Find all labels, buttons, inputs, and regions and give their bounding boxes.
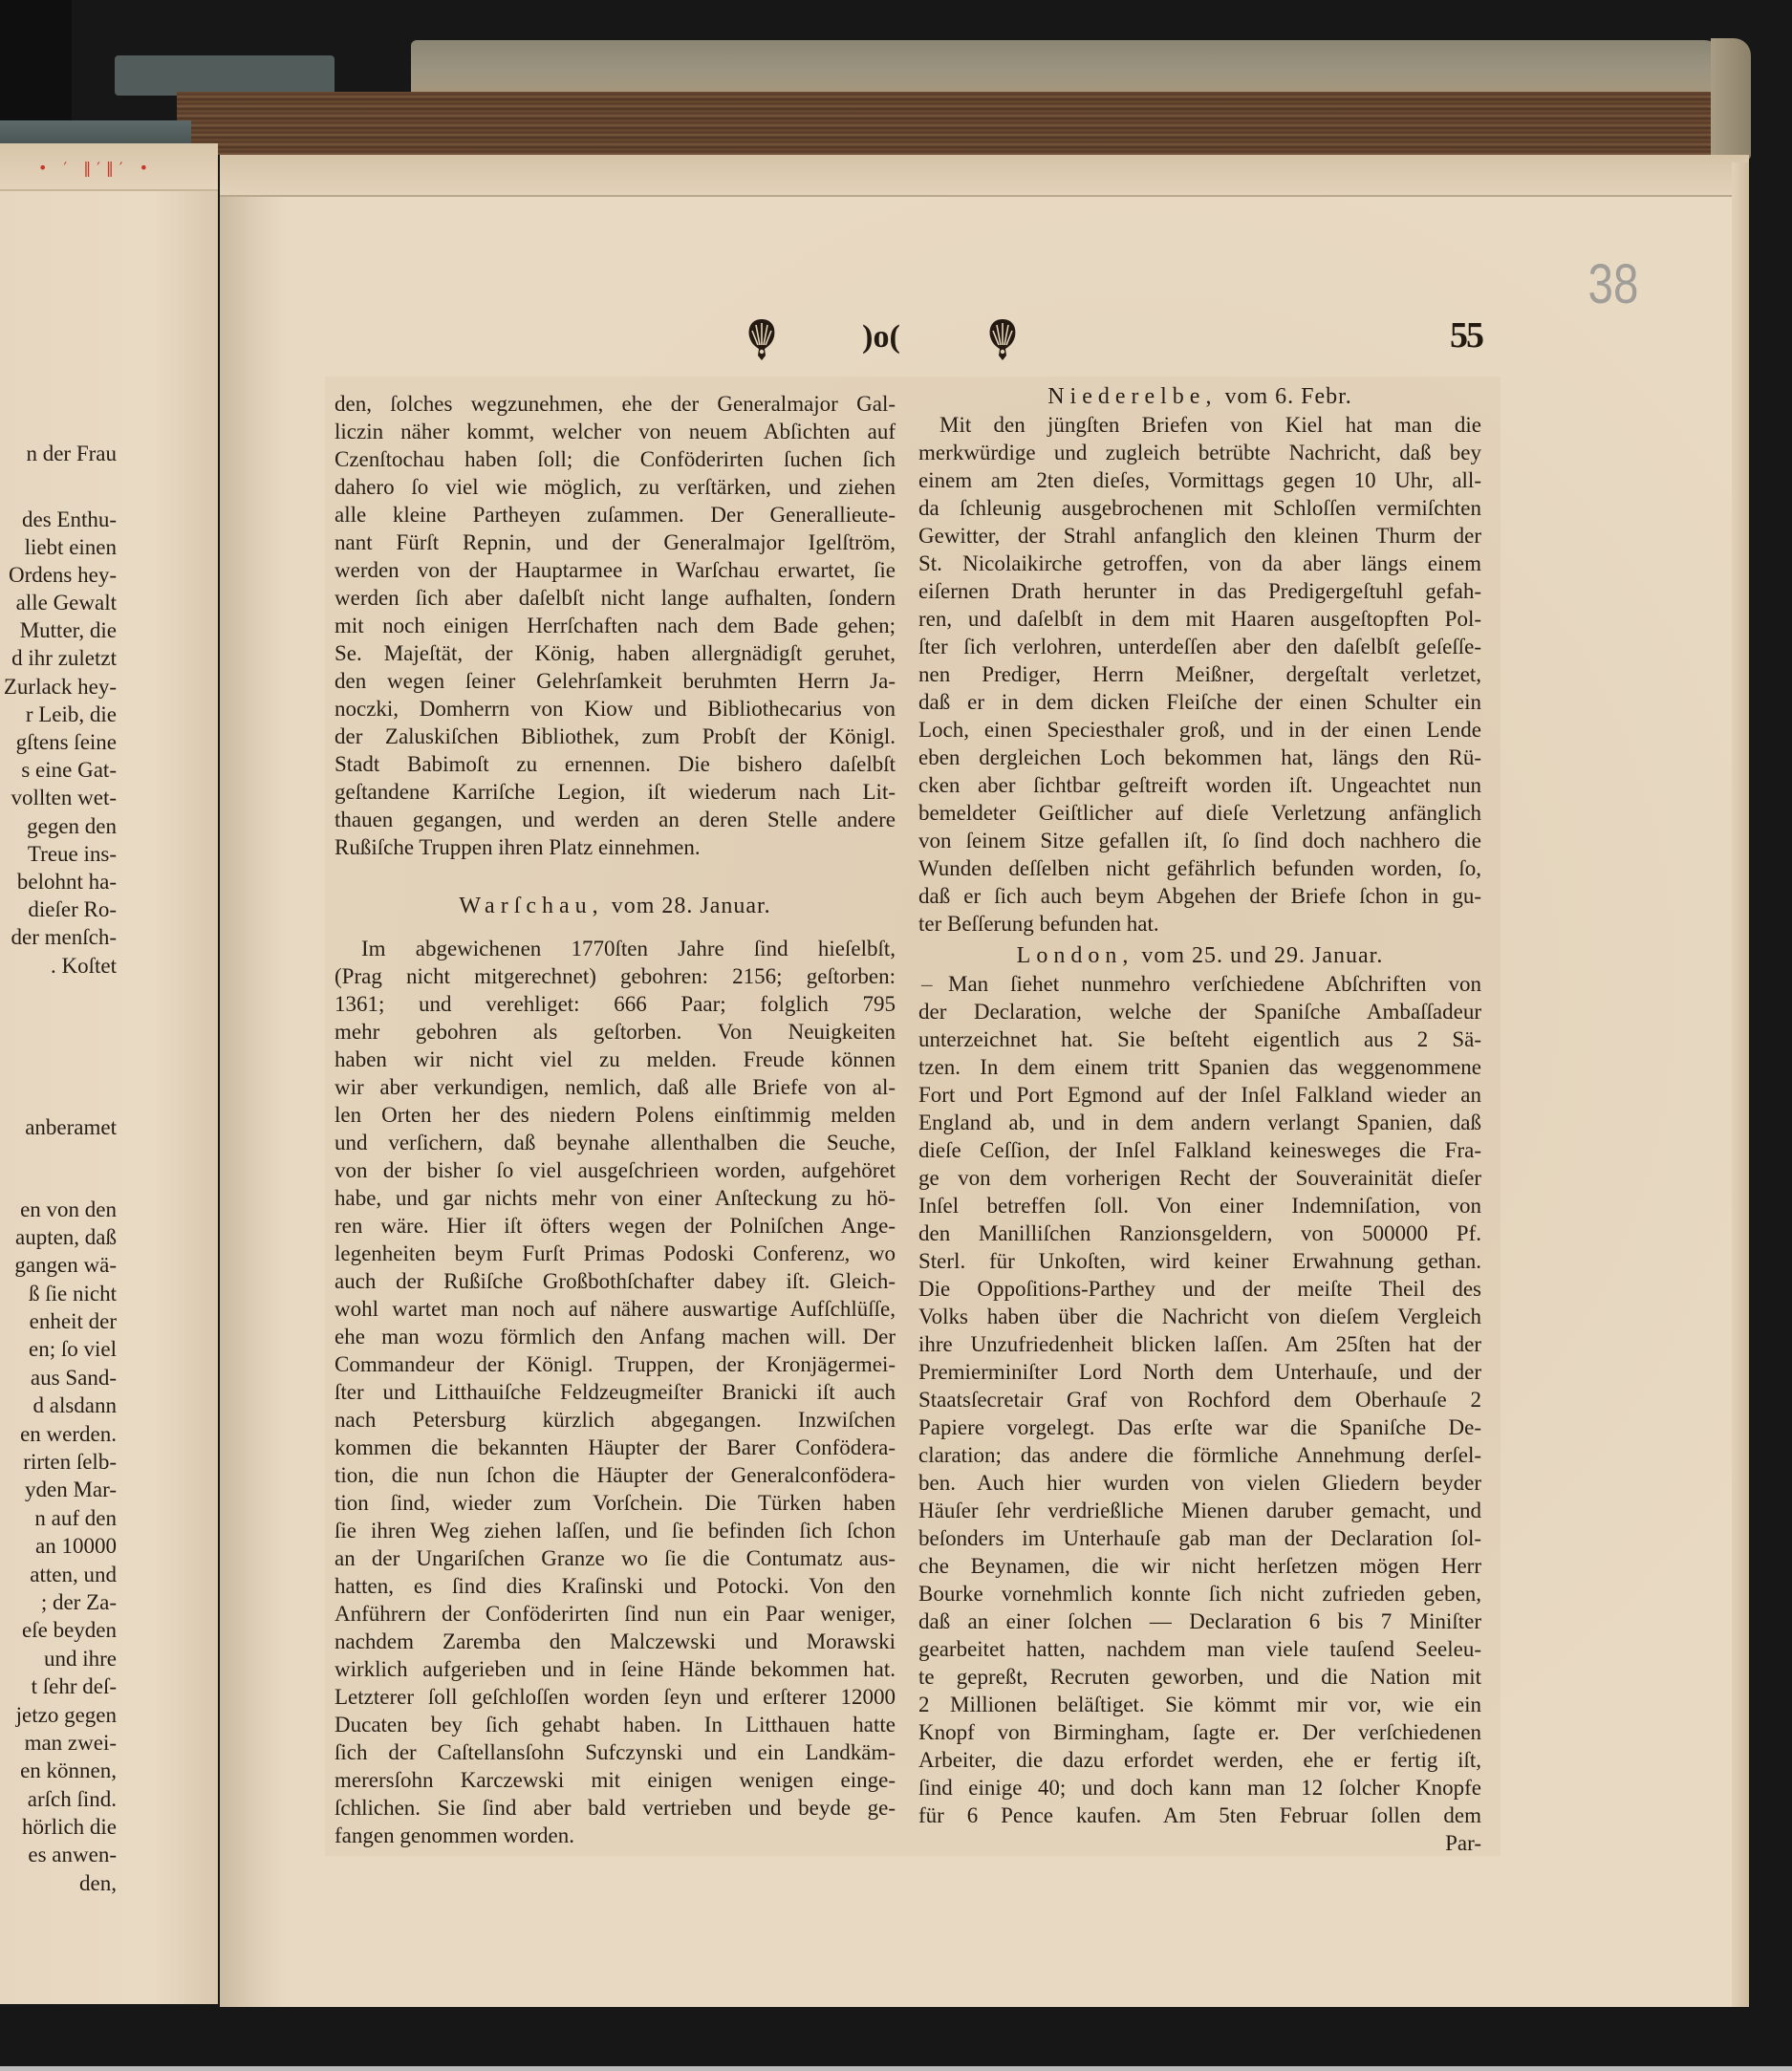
book-page-edges <box>177 92 1730 155</box>
text-line: Im abgewichenen 1770ſten Jahre ſind hieſ… <box>335 935 896 962</box>
text-line: England ab, und in dem andern verlangt S… <box>918 1109 1481 1136</box>
text-line: den, <box>0 1869 117 1897</box>
text-line: und verſichern, daß beynahe allenthalben… <box>335 1129 896 1156</box>
text-line: eſe beyden <box>0 1616 117 1644</box>
text-line: es anwen- <box>0 1841 117 1868</box>
text-line: ge von dem vorherigen Recht der Souverai… <box>918 1164 1481 1192</box>
text-line: mehr gebohren als geſtorben. Von Neuigke… <box>335 1018 896 1046</box>
text-line: wohl wartet man noch auf nähere auswarti… <box>335 1295 896 1323</box>
article-body-london: –Man ſiehet nunmehro verſchiedene Abſchr… <box>918 970 1481 1857</box>
text-line: einem am 2ten dieſes, Vormittags gegen 1… <box>918 466 1481 494</box>
heading-place: Niederelbe, <box>1047 384 1217 409</box>
text-line: thauen gegangen, und werden an deren Ste… <box>335 806 896 833</box>
text-line: tion, die nun ſchon die Häupter der Gene… <box>335 1461 896 1489</box>
text-line: daß er ſich auch beym Abgehen der Briefe… <box>918 882 1481 910</box>
text-line: wir aber verkundigen, nemlich, daß alle … <box>335 1073 896 1101</box>
text-line: dieſe Ceſſion, der Inſel Falkland keines… <box>918 1136 1481 1164</box>
article-body-warschau: Im abgewichenen 1770ſten Jahre ſind hieſ… <box>335 935 896 1849</box>
text-line: en können, <box>0 1757 117 1784</box>
text-line: 1361; und verehliget: 666 Paar; folglich… <box>335 990 896 1018</box>
text-line: daß er in dem dicken Fleiſche der einen … <box>918 688 1481 716</box>
text-line: Ducaten bey ſich gehabt haben. In Littha… <box>335 1711 896 1738</box>
text-line: und ihre <box>0 1645 117 1672</box>
text-line: Häuſer ſehr verdrießliche Mienen daruber… <box>918 1497 1481 1524</box>
text-line: merkwürdige und zugleich betrübte Nachri… <box>918 439 1481 466</box>
text-line: r Leib, die <box>0 701 117 728</box>
text-line: Premierminiſter Lord North dem Unterhauſ… <box>918 1358 1481 1386</box>
heading-date: vom 28. Januar. <box>612 894 771 918</box>
text-line: hörlich die <box>0 1813 117 1841</box>
text-line: ren, und daſelbſt in dem mit Haaren ausg… <box>918 605 1481 633</box>
text-line: en von den <box>0 1196 117 1223</box>
text-line: nach Petersburg kürzlich abgegangen. Inz… <box>335 1406 896 1434</box>
shell-ornament-icon <box>987 317 1018 361</box>
text-line: ſter und Litthauiſche Feldzeugmeiſter Br… <box>335 1378 896 1406</box>
text-line: gearbeitet hatten, nachdem man viele tau… <box>918 1635 1481 1663</box>
text-line: arſch ſind. <box>0 1785 117 1813</box>
text-line: der Zaluskiſchen Bibliothek, zum Probſt … <box>335 723 896 750</box>
text-line: ſich der Caſtellansſohn Sufczynski und e… <box>335 1738 896 1766</box>
article-heading-warschau: Warſchau,vom 28. Januar. <box>335 893 896 920</box>
text-line: s eine Gat- <box>0 756 117 784</box>
scanned-book-spread: • ′ ‖′‖′ • n der Frau des Enthu- liebt e… <box>0 0 1792 2071</box>
text-line: cken aber ſichtbar geſtreift worden iſt.… <box>918 771 1481 799</box>
text-line: nant Fürſt Repnin, und der Generalmajor … <box>335 529 896 556</box>
text-line: enheit der <box>0 1307 117 1335</box>
text-line: ehe man wozu förmlich den Anfang machen … <box>335 1323 896 1350</box>
text-line: gangen wä- <box>0 1251 117 1279</box>
text-line: Czenſtochau haben ſoll; die Conföderirte… <box>335 445 896 473</box>
right-text-column: Niederelbe,vom 6. Febr. Mit den jüngſten… <box>918 383 1481 1857</box>
text-line: den Manilliſchen Ranzionsgeldern, von 50… <box>918 1219 1481 1247</box>
text-line: Zurlack hey- <box>0 673 117 701</box>
text-line: Anführern der Conföderirten ſind nun ein… <box>335 1600 896 1628</box>
text-line: Commandeur der Königl. Truppen, der Kron… <box>335 1350 896 1378</box>
shell-ornament-icon <box>746 317 777 361</box>
text-line: Se. Majeſtät, der König, haben allergnäd… <box>335 639 896 667</box>
text-line: Mit den jüngſten Briefen von Kiel hat ma… <box>918 411 1481 439</box>
text-line: auch der Rußiſche Großbothſchafter dabey… <box>335 1267 896 1295</box>
text-line: len Orten her des niedern Polens einſtim… <box>335 1101 896 1129</box>
text-line: che Beynamen, die wir nicht herſetzen mö… <box>918 1552 1481 1580</box>
text-line: fangen genommen worden. <box>335 1822 896 1849</box>
text-line: Arbeiter, die dazu erfordet werden, ehe … <box>918 1746 1481 1774</box>
text-line: ren wäre. Hier iſt öfters wegen der Poln… <box>335 1212 896 1240</box>
text-line: liebt einen <box>0 533 117 561</box>
heading-place: Warſchau, <box>459 894 603 918</box>
heading-place: London, <box>1017 943 1134 968</box>
red-edge-marks: • ′ ‖′‖′ • <box>38 159 210 176</box>
text-line: unterzeichnet hat. Sie beſteht eigentlic… <box>918 1025 1481 1053</box>
text-line: liczin näher kommt, welcher von neuem Ab… <box>335 418 896 445</box>
text-line: 2 Millionen beläſtiget. Sie kömmt mir vo… <box>918 1691 1481 1718</box>
continued-paragraph: den, ſolches wegzunehmen, ehe der Genera… <box>335 390 896 861</box>
text-line: daß an einer ſolchen — Declaration 6 bis… <box>918 1607 1481 1635</box>
text-line: anberamet <box>0 1113 117 1141</box>
text-line: den, ſolches wegzunehmen, ehe der Genera… <box>335 390 896 418</box>
book-cover-cloth <box>115 55 335 96</box>
text-line: für 6 Pence kaufen. Am 5ten Februar ſoll… <box>918 1801 1481 1829</box>
text-line: nen Prediger, Herrn Meißner, dergeſtalt … <box>918 660 1481 688</box>
text-line: Wunden deſſelben nicht gefährlich befund… <box>918 854 1481 882</box>
page-number: 55 <box>1441 313 1491 357</box>
text-line: –Man ſiehet nunmehro verſchiedene Abſchr… <box>918 970 1481 998</box>
text-line: Bourke vornehmlich konnte ſich nicht zuf… <box>918 1580 1481 1607</box>
text-line: Stadt Babimoſt zu ernennen. Die bishero … <box>335 750 896 778</box>
facing-page: • ′ ‖′‖′ • n der Frau des Enthu- liebt e… <box>0 143 218 2004</box>
text-line: St. Nicolaikirche getroffen, von da aber… <box>918 550 1481 577</box>
text-line: ſie ihren Weg ziehen laſſen, und ſie bef… <box>335 1517 896 1544</box>
text-line: Sterl. für Unkoſten, wird keiner Erwahnu… <box>918 1247 1481 1275</box>
facing-page-upper-text: des Enthu- liebt einen Ordens hey- alle … <box>0 506 117 980</box>
text-line: der Declaration, welche der Spaniſche Am… <box>918 998 1481 1025</box>
text-line: Staatsſecretair Graf von Rochford dem Ob… <box>918 1386 1481 1413</box>
heading-date: vom 25. und 29. Januar. <box>1141 943 1383 968</box>
text-line: Knopf von Birmingham, ſagte er. Der verſ… <box>918 1718 1481 1746</box>
text-line: noczki, Domherrn von Kiow und Bibliothec… <box>335 695 896 723</box>
text-line: man zwei- <box>0 1729 117 1757</box>
scan-bottom-edge <box>0 2066 1792 2071</box>
page-top-edge <box>220 155 1749 197</box>
text-line: bemeldeter Geiſtlicher auf dieſe Verletz… <box>918 799 1481 827</box>
pencil-folio-number: 38 <box>1584 256 1643 313</box>
text-line: rirten ſelb- <box>0 1448 117 1476</box>
text-line: an der Ungariſchen Granze wo ſie die Con… <box>335 1544 896 1572</box>
text-line: alle kleine Partheyen zuſammen. Der Gene… <box>335 501 896 529</box>
text-line: Ordens hey- <box>0 561 117 589</box>
text-line: ben. Auch hier wurden von vielen Glieder… <box>918 1469 1481 1497</box>
text-line: da ſchleunig ausgebrochenen mit Schloſſe… <box>918 494 1481 522</box>
text-line-content: Man ſiehet nunmehro verſchiedene Abſchri… <box>948 972 1481 996</box>
text-line: Treue ins- <box>0 840 117 868</box>
text-line: Fort und Port Egmond auf der Inſel Falkl… <box>918 1081 1481 1109</box>
text-line: n der Frau <box>0 440 117 467</box>
text-line: geſtandene Karriſche Legion, iſt wiederu… <box>335 778 896 806</box>
center-ornament: )o( <box>853 315 910 359</box>
text-line: ß ſie nicht <box>0 1280 117 1307</box>
text-line: jetzo gegen <box>0 1701 117 1729</box>
facing-page-section-end: anberamet <box>0 1113 117 1141</box>
text-line: wirklich aufgerieben und in ſeine Hände … <box>335 1655 896 1683</box>
text-line: . Koſtet <box>0 952 117 980</box>
text-line: Letzterer ſoll geſchloſſen worden ſeyn u… <box>335 1683 896 1711</box>
text-line: an 10000 <box>0 1532 117 1560</box>
text-line: ter Beſſerung befunden hat. <box>918 910 1481 938</box>
text-line: werden von der Hauptarmee in Warſchau er… <box>335 556 896 584</box>
text-line: beſonders im Unterhauſe gab man der Decl… <box>918 1524 1481 1552</box>
text-line: Loch, einen Speciesthaler groß, und in d… <box>918 716 1481 744</box>
background-shadow <box>0 0 72 124</box>
text-line: werden ſich aber daſelbſt nicht lange au… <box>335 584 896 612</box>
facing-page-top-line: n der Frau <box>0 440 117 467</box>
text-line: nachdem Zaremba den Malczewski und Moraw… <box>335 1628 896 1655</box>
text-line: t ſehr deſ- <box>0 1672 117 1700</box>
heading-date: vom 6. Febr. <box>1224 384 1351 409</box>
text-line: Papiere vorgelegt. Das erſte war die Spa… <box>918 1413 1481 1441</box>
text-line: habe, und gar nichts mehr von einer Anſt… <box>335 1184 896 1212</box>
text-line: legenheiten beym Furſt Primas Podoski Co… <box>335 1240 896 1267</box>
text-line: eiſernen Drath herunter in das Predigerg… <box>918 577 1481 605</box>
text-line: dahero ſo viel wie möglich, zu verſtärke… <box>335 473 896 501</box>
text-line: Mutter, die <box>0 616 117 644</box>
article-heading-niederelbe: Niederelbe,vom 6. Febr. <box>918 383 1481 411</box>
article-heading-london: London,vom 25. und 29. Januar. <box>918 942 1481 970</box>
text-line: mit noch einigen Herrſchaften nach dem B… <box>335 612 896 639</box>
text-line: gſtens ſeine <box>0 728 117 756</box>
text-line: vollten wet- <box>0 784 117 811</box>
catchword: Par- <box>918 1829 1481 1857</box>
text-line: aupten, daß <box>0 1223 117 1251</box>
text-line: tzen. In dem einem tritt Spanien das weg… <box>918 1053 1481 1081</box>
text-line: Inſel betreffen ſoll. Von einer Indemniſ… <box>918 1192 1481 1219</box>
text-line: Rußiſche Truppen ihren Platz einnehmen. <box>335 833 896 861</box>
article-body-niederelbe: Mit den jüngſten Briefen von Kiel hat ma… <box>918 411 1481 938</box>
text-line: ſter ſich verlohren, unterdeſſen aber de… <box>918 633 1481 660</box>
facing-page-lower-text: en von den aupten, daß gangen wä- ß ſie … <box>0 1196 117 1898</box>
text-line: der menſch- <box>0 923 117 951</box>
text-line: belohnt ha- <box>0 868 117 895</box>
text-line: kommen die bekannten Häupter der Barer C… <box>335 1434 896 1461</box>
text-line: von der bisher ſo viel ausgeſchrieen wor… <box>335 1156 896 1184</box>
text-line: hatten, es ſind dies Kraſinski und Potoc… <box>335 1572 896 1600</box>
text-line: atten, und <box>0 1561 117 1588</box>
text-line: (Prag nicht mitgerechnet) gebohren: 2156… <box>335 962 896 990</box>
text-line: eben dergleichen Loch bekommen hat, läng… <box>918 744 1481 771</box>
text-line: claration; das andere die förmliche Anne… <box>918 1441 1481 1469</box>
left-text-column: den, ſolches wegzunehmen, ehe der Genera… <box>335 390 896 1849</box>
text-line: von ſeinem Sitze gefallen iſt, ſo ſind d… <box>918 827 1481 854</box>
text-line: en werden. <box>0 1420 117 1448</box>
text-line: des Enthu- <box>0 506 117 533</box>
text-line: n auf den <box>0 1504 117 1532</box>
text-line: aus Sand- <box>0 1364 117 1391</box>
text-line: yden Mar- <box>0 1476 117 1503</box>
text-line: d ihr zuletzt <box>0 644 117 672</box>
text-line: alle Gewalt <box>0 589 117 616</box>
stray-dash-mark: – <box>921 970 933 998</box>
text-line: merersſohn Karczewski mit einigen wenige… <box>335 1766 896 1794</box>
text-line: den wegen ſeiner Gelehrſamkeit beruhmten… <box>335 667 896 695</box>
text-line: ſind einige 40; und doch kann man 12 ſol… <box>918 1774 1481 1801</box>
text-line: Volks haben über die Nachricht von dieſe… <box>918 1303 1481 1330</box>
page-stack-edge <box>1732 162 1749 2007</box>
text-line: Gewitter, der Strahl anfanglich den klei… <box>918 522 1481 550</box>
text-line: d alsdann <box>0 1391 117 1419</box>
text-line: haben wir nicht viel zu melden. Freude k… <box>335 1046 896 1073</box>
text-line: ; der Za- <box>0 1588 117 1616</box>
text-line: ihre Unzufriedenheit blicken laſſen. Am … <box>918 1330 1481 1358</box>
book-corner <box>1711 38 1751 161</box>
text-line: te gepreßt, Recruten geworben, und die N… <box>918 1663 1481 1691</box>
text-line: en; ſo viel <box>0 1335 117 1363</box>
book-page-block-top <box>411 40 1725 96</box>
text-line: dieſer Ro- <box>0 895 117 923</box>
text-line: ſchlichen. Sie ſind aber bald vertrieben… <box>335 1794 896 1822</box>
text-line: Die Oppoſitions-Parthey und der meiſte T… <box>918 1275 1481 1303</box>
text-line: tion ſind, wieder zum Vorſchein. Die Tür… <box>335 1489 896 1517</box>
text-line: gegen den <box>0 812 117 840</box>
